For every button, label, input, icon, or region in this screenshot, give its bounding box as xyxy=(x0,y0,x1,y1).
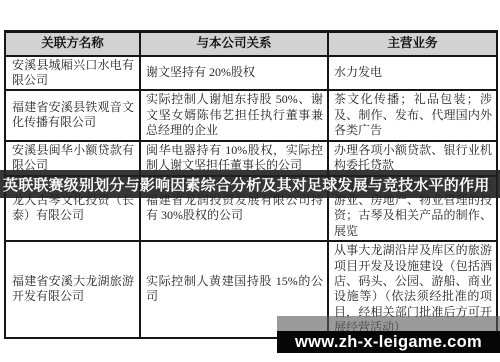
related-party-name-cell: 福建省安溪县铁观音文化传播有限公司 xyxy=(5,90,140,140)
watermark-url: www.zh-x-leigame.com xyxy=(277,331,500,353)
business-cell: 水力发电 xyxy=(328,56,497,91)
table-row: 安溪县城厢兴口水电有限公司 谢文坚持有 20%股权 水力发电 xyxy=(5,56,497,91)
header-company-relation: 与本公司关系 xyxy=(140,32,328,56)
table-header-row: 关联方名称 与本公司关系 主营业务 xyxy=(5,32,497,56)
watermark-box: www.zh-x-leigame.com xyxy=(277,316,500,353)
document-page: 关联方名称 与本公司关系 主营业务 安溪县城厢兴口水电有限公司 谢文坚持有 20… xyxy=(0,0,500,362)
business-cell: 茶文化传播；礼品包装；涉及、制作、发布、代理国内外各类广告 xyxy=(328,90,497,140)
related-party-name-cell: 福建省安溪大龙湖旅游开发有限公司 xyxy=(5,241,140,337)
watermark-top-strip xyxy=(277,316,500,331)
related-party-name-cell: 安溪县城厢兴口水电有限公司 xyxy=(5,56,140,91)
relation-cell: 实际控制人谢旭东持股 50%、谢文坚女婿陈伟艺担任执行董事兼总经理的企业 xyxy=(140,90,328,140)
table-row: 福建省安溪县铁观音文化传播有限公司 实际控制人谢旭东持股 50%、谢文坚女婿陈伟… xyxy=(5,90,497,140)
title-overlay-banner: 英联联赛级别划分与影响因素综合分析及其对足球发展与竞技水平的作用 xyxy=(0,170,500,198)
header-related-party-name: 关联方名称 xyxy=(5,32,140,56)
header-main-business: 主营业务 xyxy=(328,32,497,56)
relation-cell: 谢文坚持有 20%股权 xyxy=(140,56,328,91)
overlay-title-text: 英联联赛级别划分与影响因素综合分析及其对足球发展与竞技水平的作用 xyxy=(0,174,489,195)
